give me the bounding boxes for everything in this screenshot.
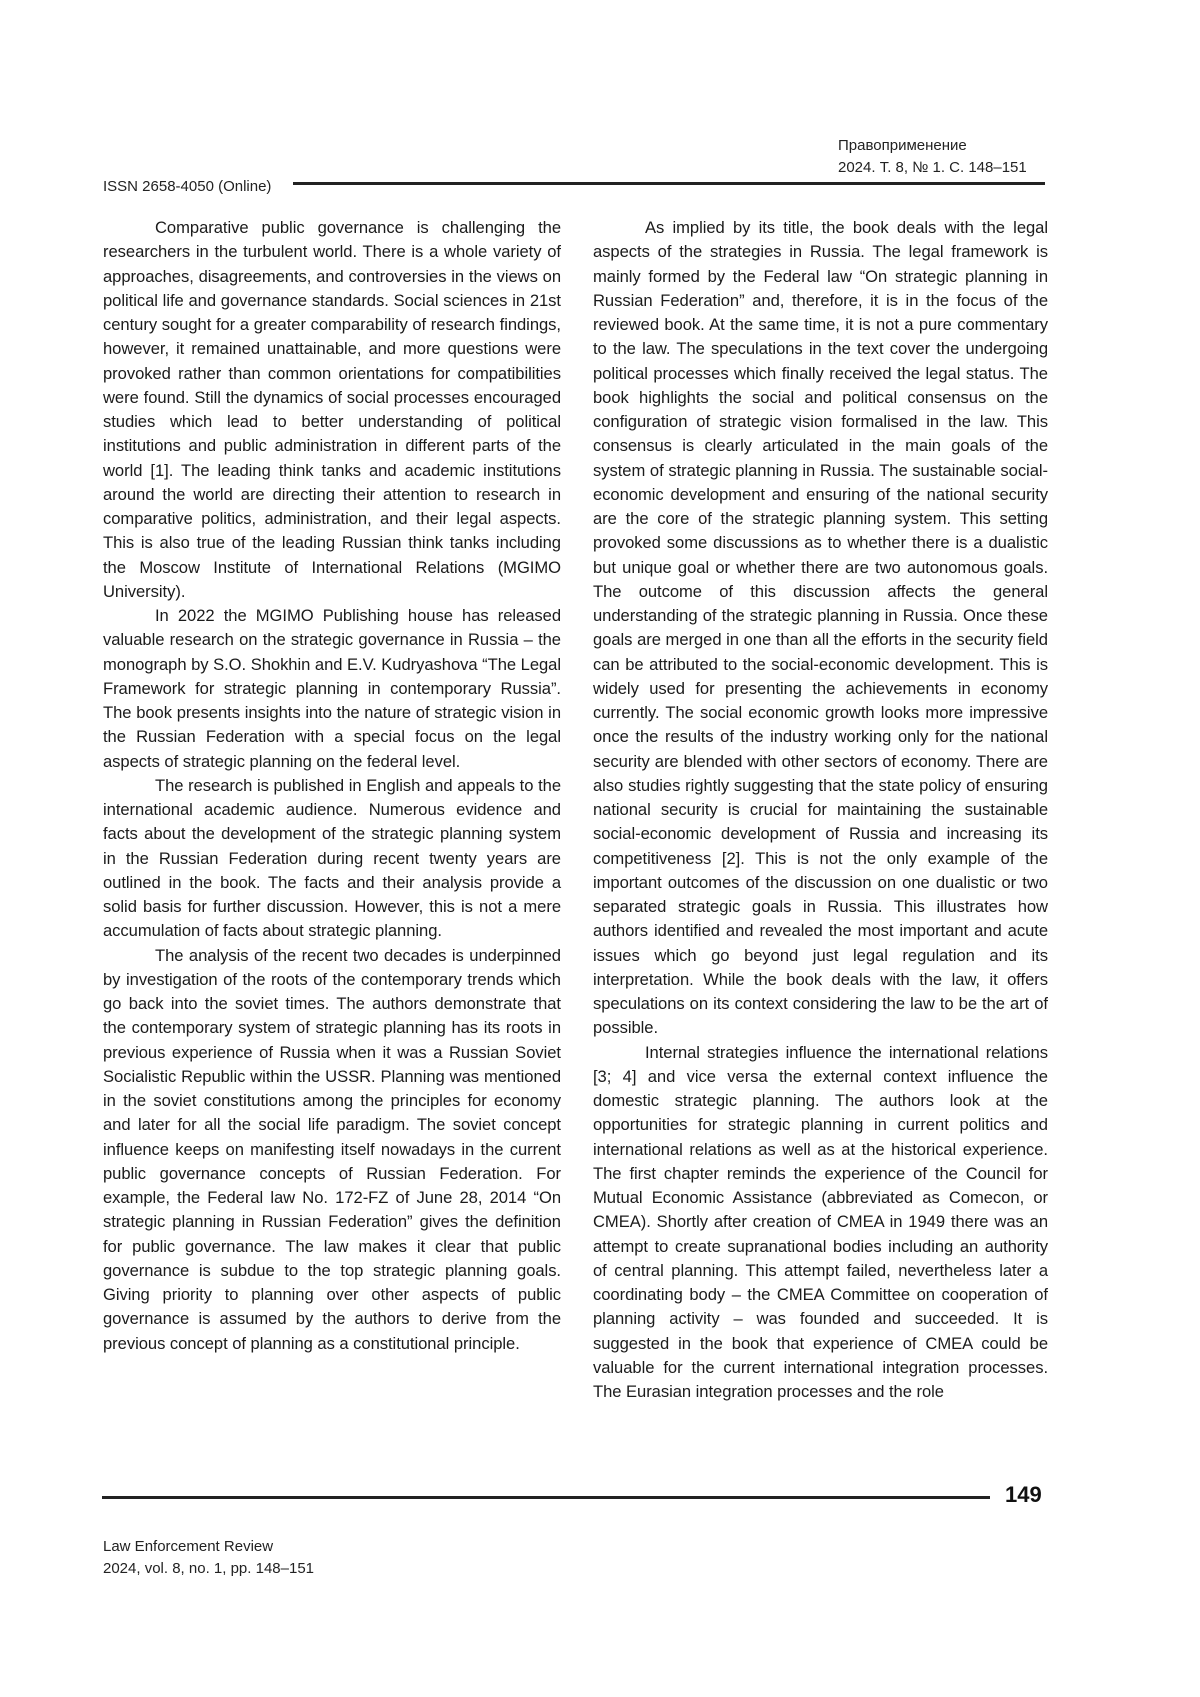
paragraph: Internal strategies influence the intern… bbox=[593, 1041, 1048, 1405]
paragraph: In 2022 the MGIMO Publishing house has r… bbox=[103, 604, 561, 774]
journal-title-ru: Правоприменение bbox=[838, 135, 1027, 157]
paragraph: As implied by its title, the book deals … bbox=[593, 216, 1048, 1041]
footer-rule bbox=[102, 1496, 990, 1499]
paragraph: Comparative public governance is challen… bbox=[103, 216, 561, 604]
paragraph: The research is published in English and… bbox=[103, 774, 561, 944]
page-number: 149 bbox=[1005, 1482, 1042, 1508]
left-column: Comparative public governance is challen… bbox=[103, 216, 561, 1356]
running-footer-en: Law Enforcement Review 2024, vol. 8, no.… bbox=[103, 1536, 314, 1580]
issn-label: ISSN 2658-4050 (Online) bbox=[103, 178, 271, 195]
running-header-ru: Правоприменение 2024. Т. 8, № 1. С. 148–… bbox=[838, 135, 1027, 179]
paragraph: The analysis of the recent two decades i… bbox=[103, 944, 561, 1356]
journal-title-en: Law Enforcement Review bbox=[103, 1536, 314, 1558]
citation-en: 2024, vol. 8, no. 1, pp. 148–151 bbox=[103, 1558, 314, 1580]
right-column: As implied by its title, the book deals … bbox=[593, 216, 1048, 1404]
header-rule bbox=[293, 182, 1045, 185]
citation-ru: 2024. Т. 8, № 1. С. 148–151 bbox=[838, 157, 1027, 179]
